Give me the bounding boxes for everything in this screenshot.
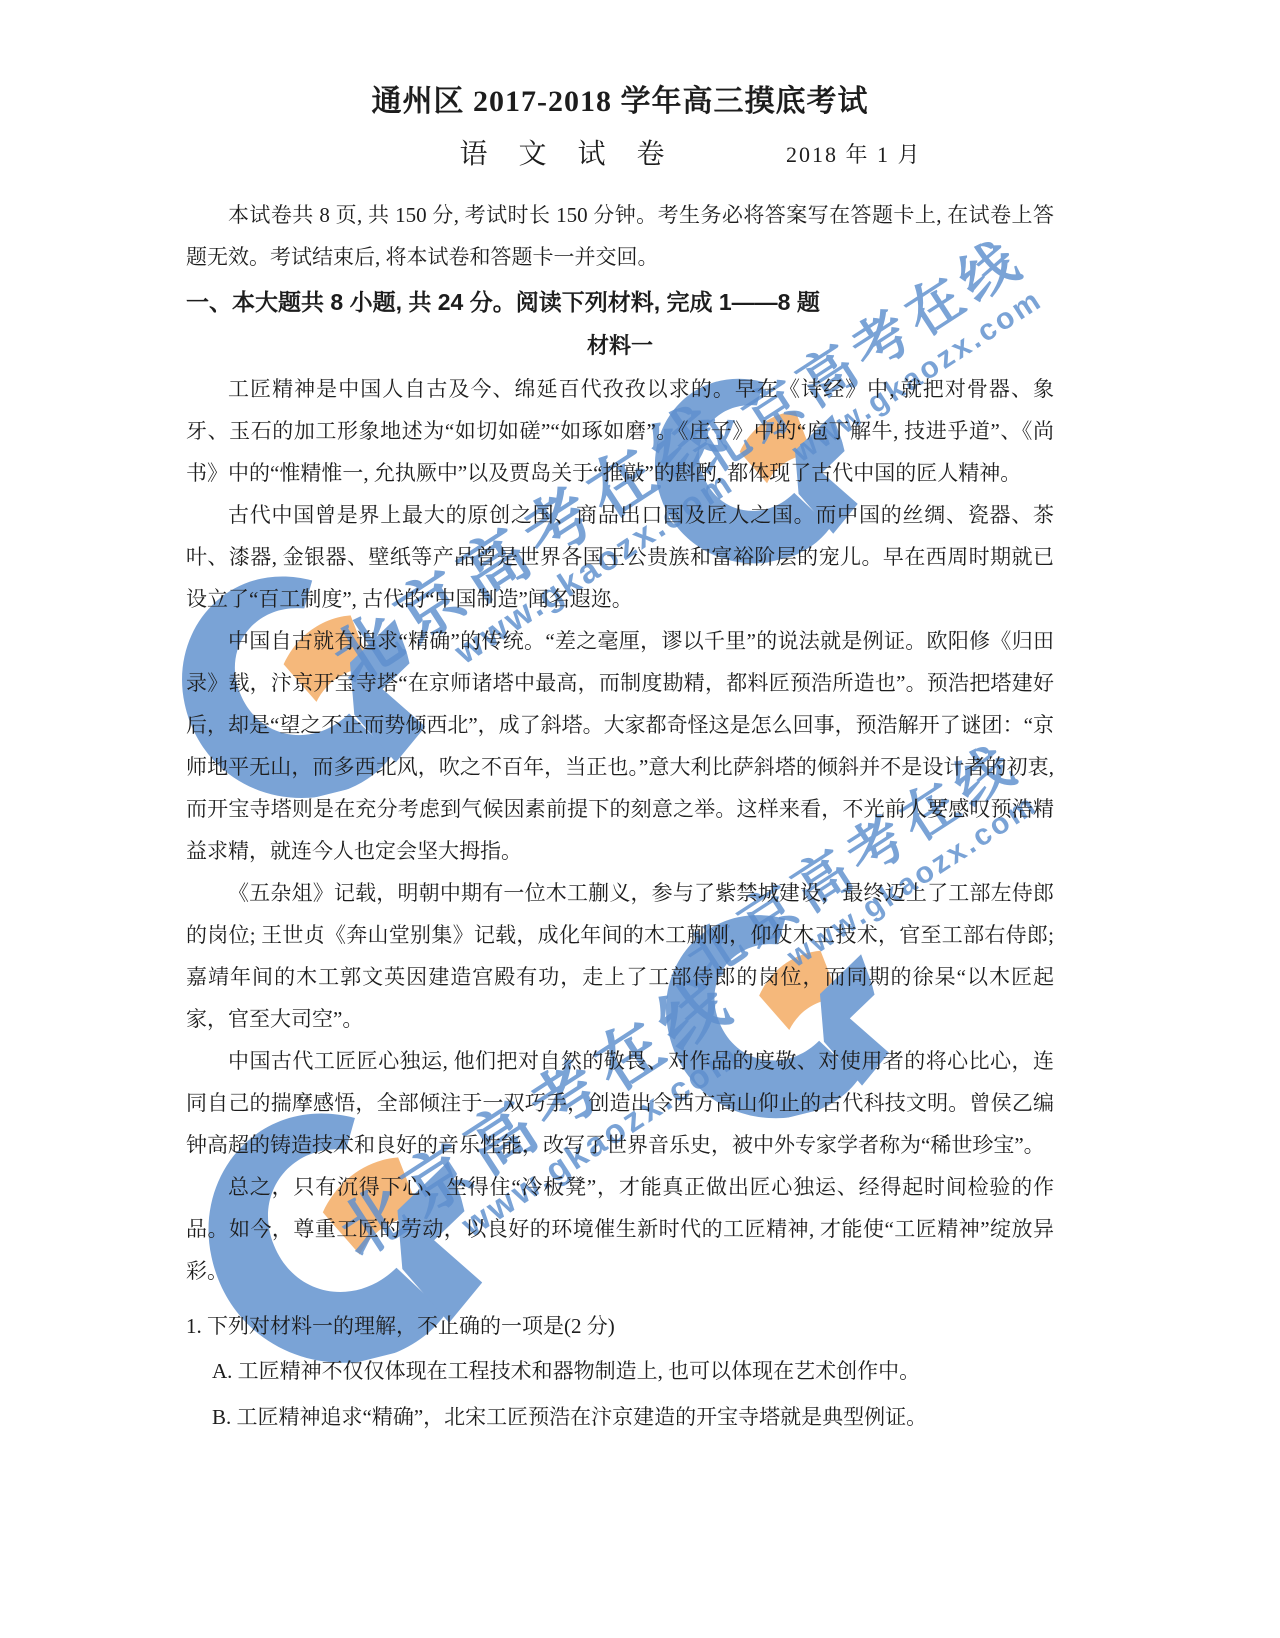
exam-document: 通州区 2017-2018 学年高三摸底考试 语 文 试 卷 2018 年 1 … bbox=[186, 80, 1054, 1440]
question-option-b: B. 工匠精神追求“精确”，北宋工匠预浩在汴京建造的开宝寺塔就是典型例证。 bbox=[186, 1394, 1054, 1440]
page-title: 通州区 2017-2018 学年高三摸底考试 bbox=[186, 80, 1054, 124]
question-stem: 1. 下列对材料一的理解，不止确的一项是(2 分) bbox=[186, 1304, 1054, 1348]
exam-instructions: 本试卷共 8 页, 共 150 分, 考试时长 150 分钟。考生务必将答案写在… bbox=[186, 194, 1054, 278]
question-1: 1. 下列对材料一的理解，不止确的一项是(2 分) A. 工匠精神不仅仅体现在工… bbox=[186, 1304, 1054, 1440]
material-paragraph: 古代中国曾是界上最大的原创之国、商品出口国及匠人之国。而中国的丝绸、瓷器、茶叶、… bbox=[186, 494, 1054, 620]
material-paragraph: 总之，只有沉得下心、坐得住“冷板凳”，才能真正做出匠心独运、经得起时间检验的作品… bbox=[186, 1166, 1054, 1292]
exam-date: 2018 年 1 月 bbox=[786, 138, 922, 169]
exam-page: 北京高考在线 www.gkaozx.com 北京高考在线 www.gkaozx.… bbox=[0, 0, 1280, 1638]
material-paragraph: 中国古代工匠匠心独运, 他们把对自然的敬畏、对作品的度敬、对使用者的将心比心，连… bbox=[186, 1040, 1054, 1166]
material-paragraph: 工匠精神是中国人自古及今、绵延百代孜孜以求的。早在《诗经》中, 就把对骨器、象牙… bbox=[186, 368, 1054, 494]
material-body: 工匠精神是中国人自古及今、绵延百代孜孜以求的。早在《诗经》中, 就把对骨器、象牙… bbox=[186, 368, 1054, 1292]
material-label: 材料一 bbox=[186, 324, 1054, 368]
question-option-a: A. 工匠精神不仅仅体现在工程技术和器物制造上, 也可以体现在艺术创作中。 bbox=[186, 1348, 1054, 1394]
material-paragraph: 中国自古就有追求“精确”的传统。“差之毫厘，谬以千里”的说法就是例证。欧阳修《归… bbox=[186, 620, 1054, 872]
section-header: 一、本大题共 8 小题, 共 24 分。阅读下列材料, 完成 1——8 题 bbox=[186, 280, 1054, 324]
subtitle-row: 语 文 试 卷 2018 年 1 月 bbox=[186, 124, 1054, 182]
material-paragraph: 《五杂俎》记载，明朝中期有一位木工蒯义，参与了紫禁城建设，最终迈上了工部左侍郎的… bbox=[186, 872, 1054, 1040]
